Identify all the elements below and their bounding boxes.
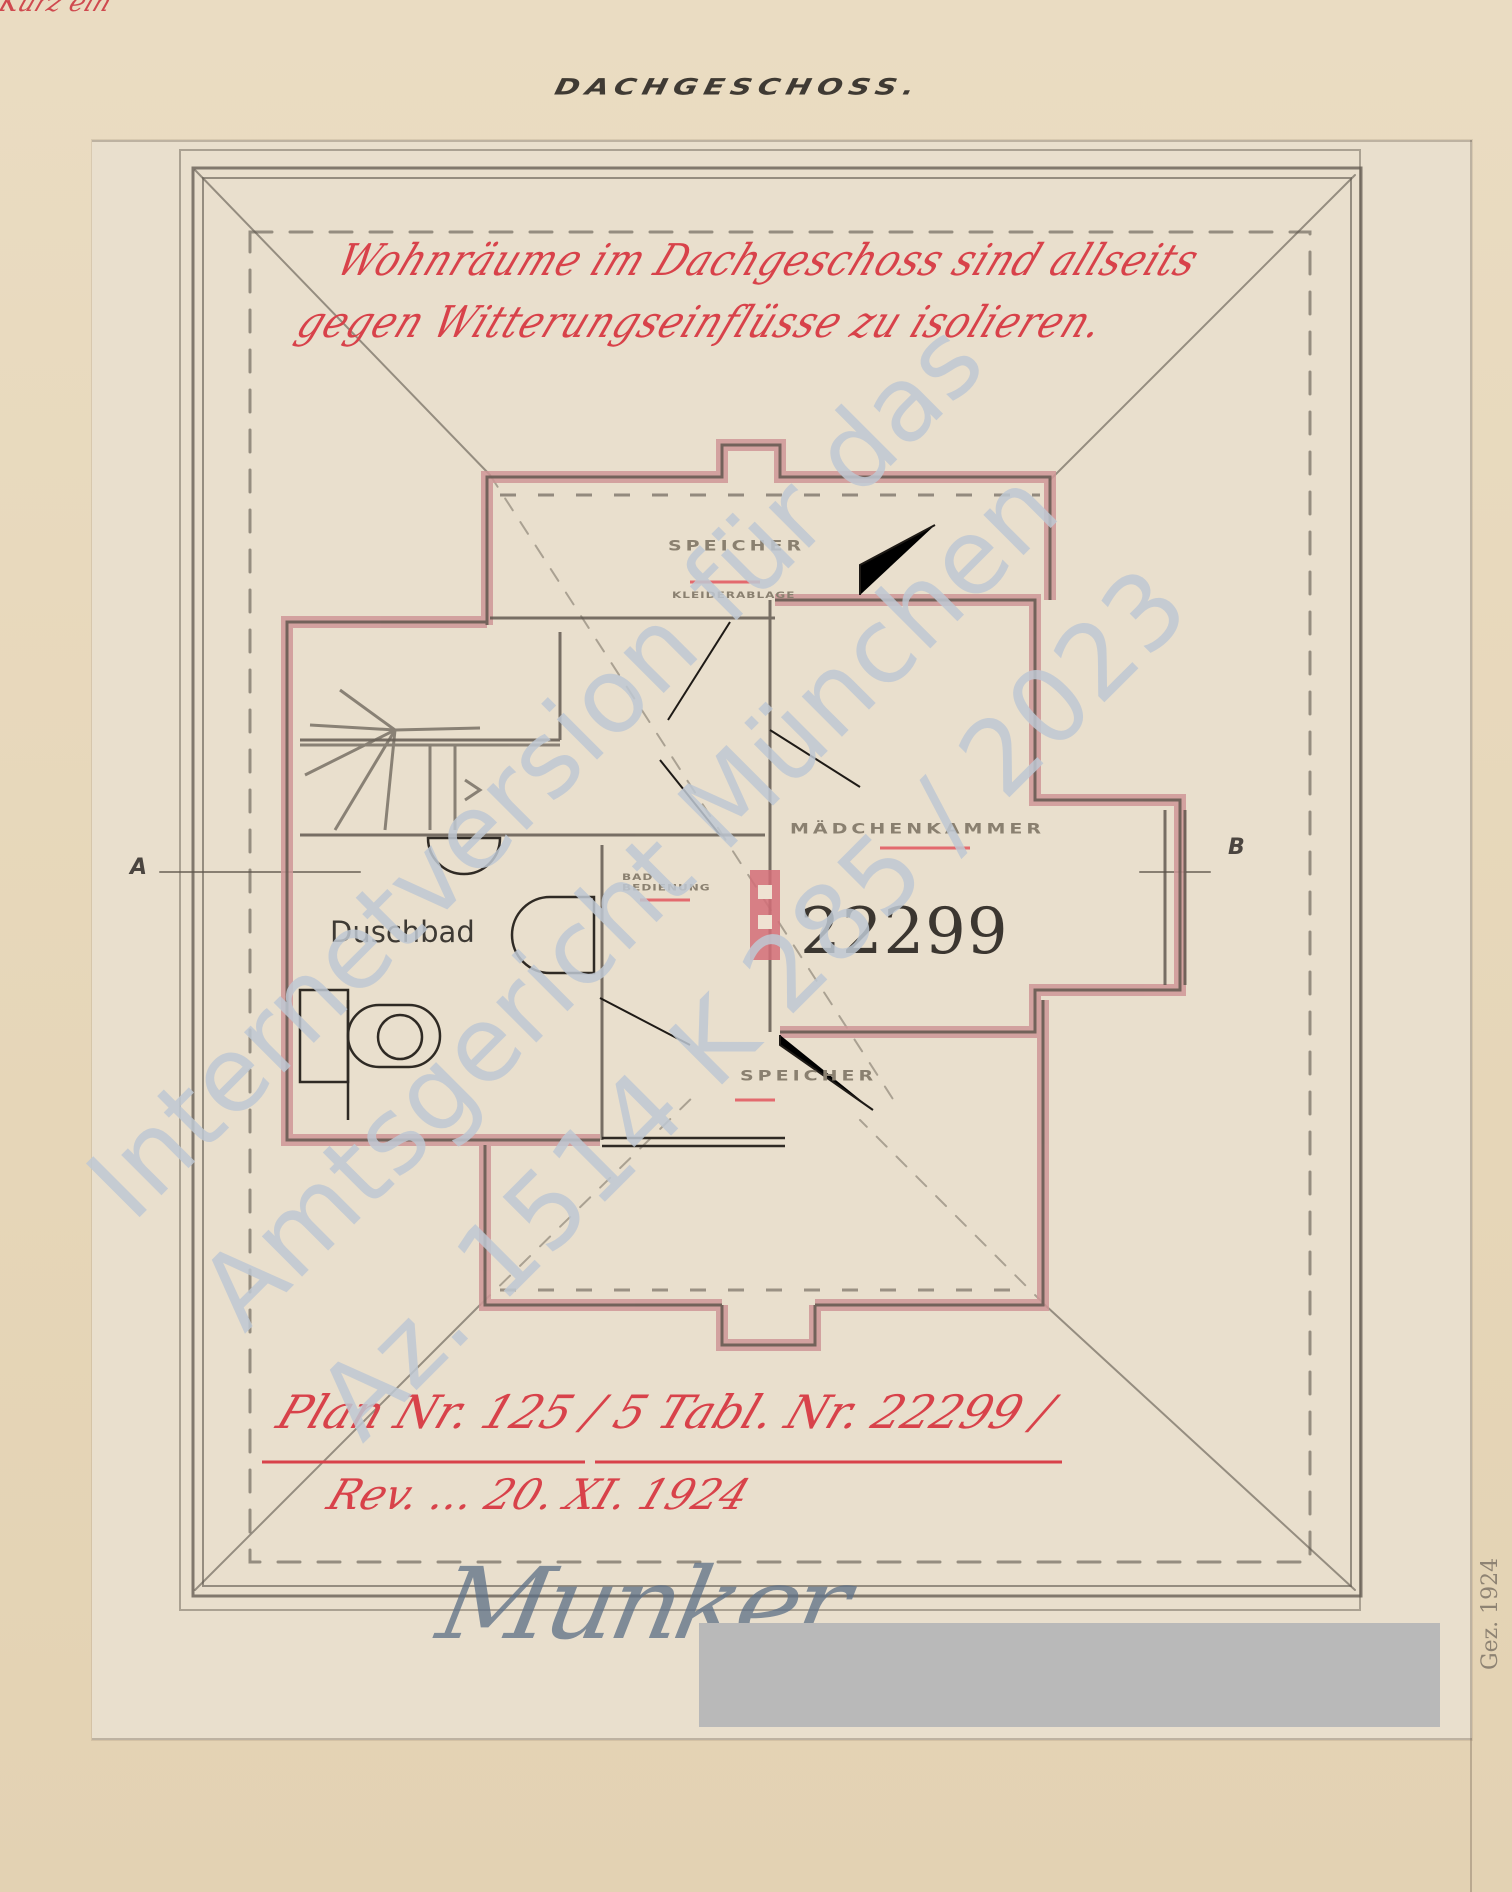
scanned-page: Kurz ein DACHGESCHOSS. <box>0 0 1512 1892</box>
right-edge-fragment: Gez. 1924 <box>1478 1490 1508 1670</box>
redaction-box <box>699 1623 1440 1727</box>
